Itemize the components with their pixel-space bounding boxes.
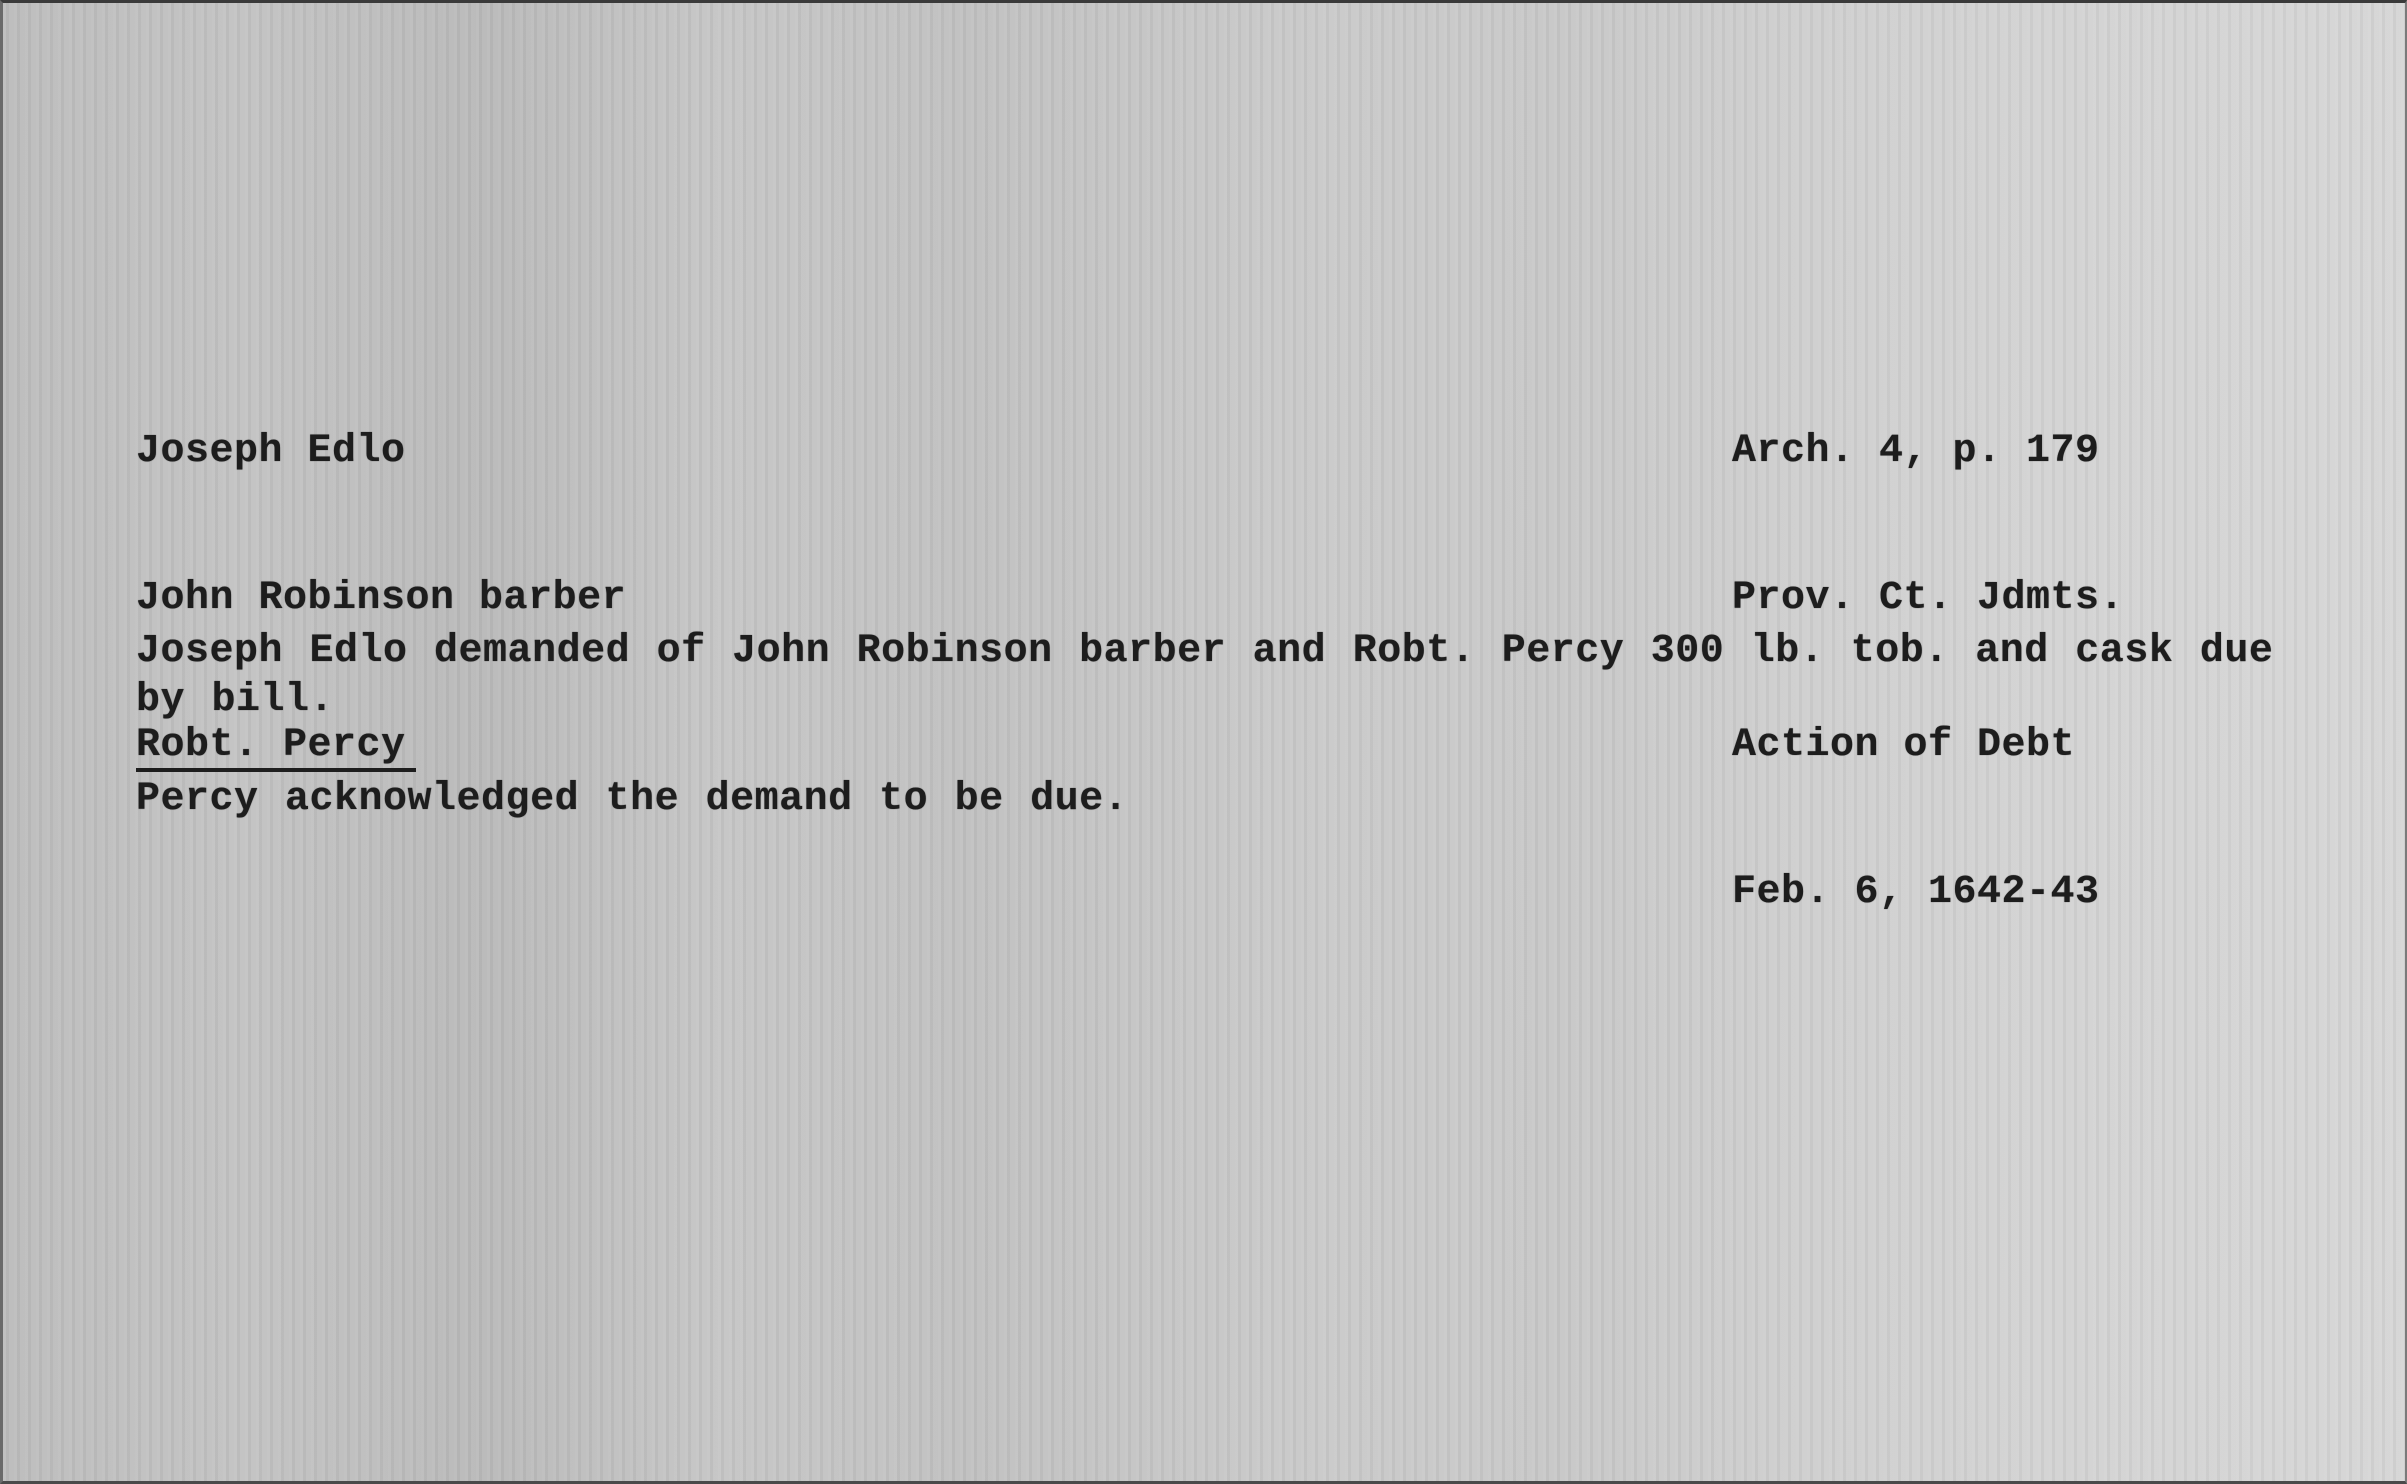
citation-date: Feb. 6, 1642-43	[1732, 868, 2124, 917]
body-paragraph-demand: Joseph Edlo demanded of John Robinson ba…	[136, 627, 2286, 725]
citation-source: Arch. 4, p. 179	[1732, 427, 2124, 476]
citation-court: Prov. Ct. Jdmts.	[1732, 574, 2124, 623]
card-body: Joseph Edlo demanded of John Robinson ba…	[136, 627, 2286, 874]
index-card: Joseph Edlo John Robinson barber Robt. P…	[0, 0, 2407, 1484]
party-plaintiff: Joseph Edlo	[136, 427, 626, 476]
body-paragraph-acknowledgement: Percy acknowledged the demand to be due.	[136, 775, 2286, 824]
party-defendant-1: John Robinson barber	[136, 574, 626, 623]
